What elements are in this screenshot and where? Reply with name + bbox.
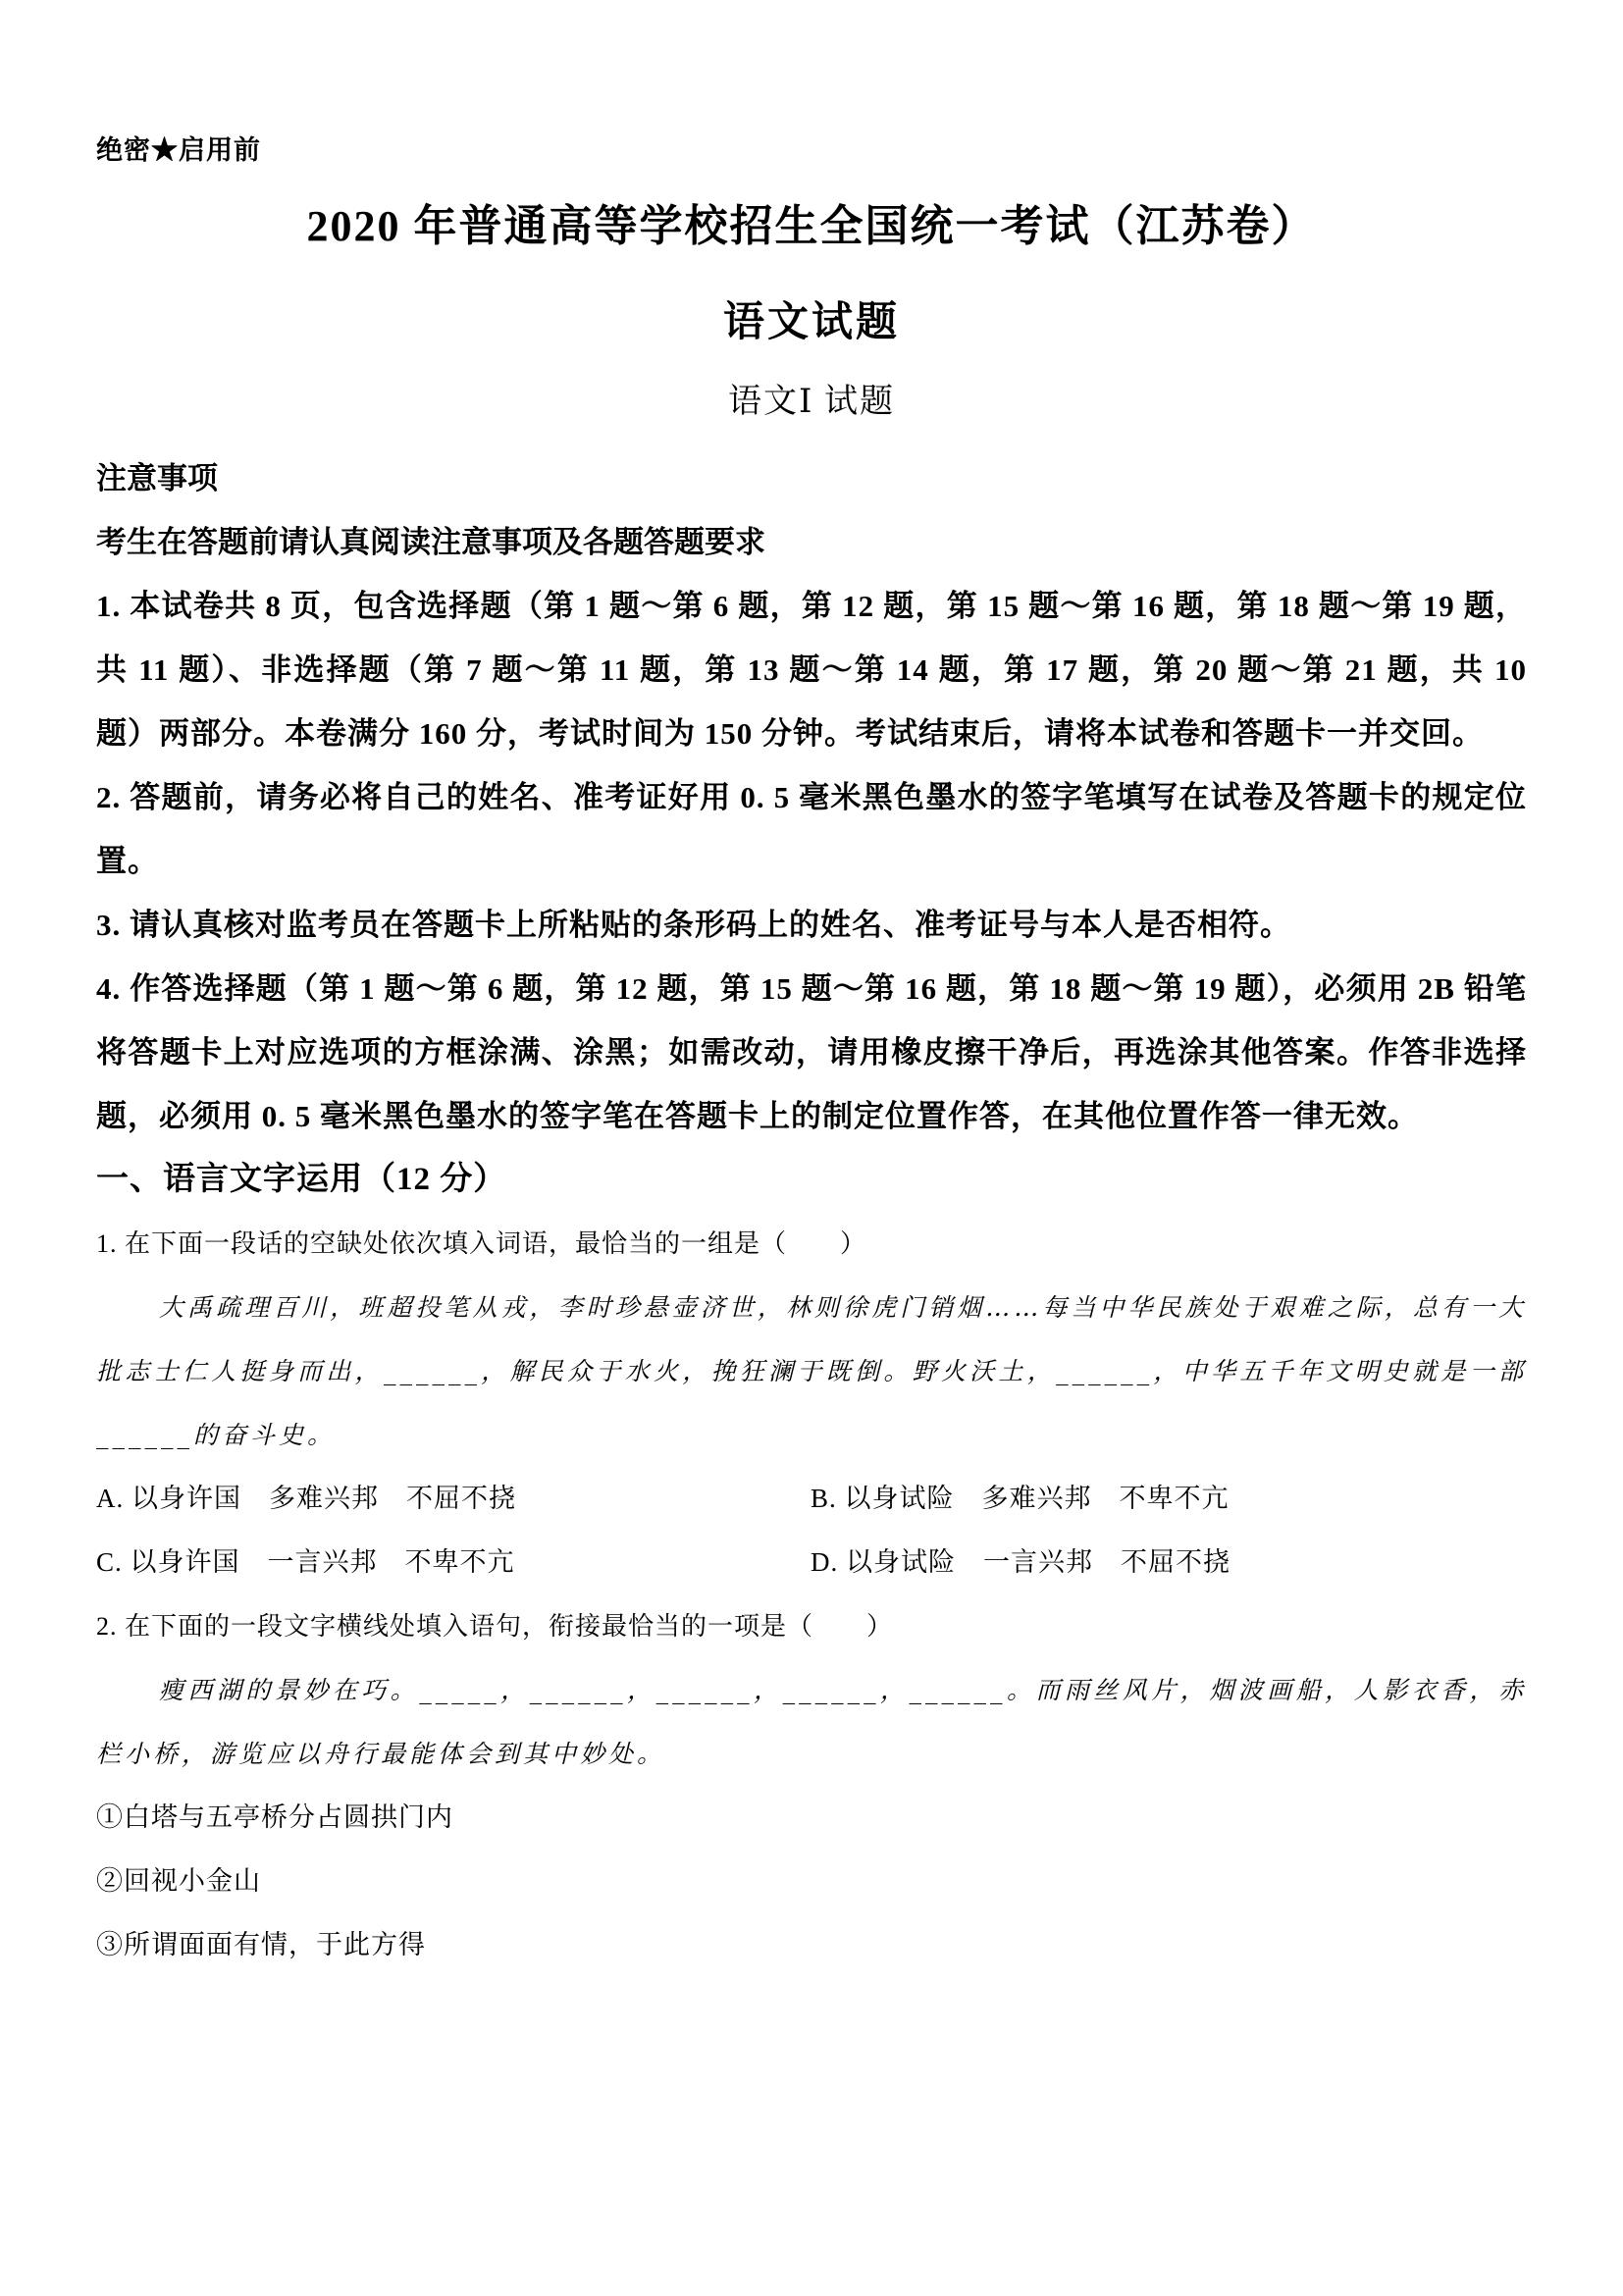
question-2-sentence-3: ③所谓面面有情，于此方得: [96, 1913, 1527, 1977]
question-2-sentence-2: ②回视小金山: [96, 1850, 1527, 1913]
question-1-stem: 1. 在下面一段话的空缺处依次填入词语，最恰当的一组是（ ）: [96, 1212, 1527, 1276]
question-1-options: A. 以身许国 多难兴邦 不屈不挠 B. 以身试险 多难兴邦 不卑不亢 C. 以…: [96, 1467, 1527, 1594]
notice-heading: 注意事项: [96, 446, 1527, 510]
question-2: 2. 在下面的一段文字横线处填入语句，衔接最恰当的一项是（ ） 瘦西湖的景妙在巧…: [96, 1594, 1527, 1977]
question-2-sentence-1: ①白塔与五亭桥分占圆拱门内: [96, 1786, 1527, 1850]
question-2-stem: 2. 在下面的一段文字横线处填入语句，衔接最恰当的一项是（ ）: [96, 1594, 1527, 1658]
page-body: 注意事项 考生在答题前请认真阅读注意事项及各题答题要求 1. 本试卷共 8 页，…: [96, 446, 1527, 1977]
subject-title: 语文试题: [96, 295, 1527, 350]
question-1-option-d: D. 以身试险 一言兴邦 不屈不挠: [811, 1531, 1527, 1594]
notice-item-4: 4. 作答选择题（第 1 题～第 6 题，第 12 题，第 15 题～第 16 …: [96, 957, 1527, 1148]
notice-item-1: 1. 本试卷共 8 页，包含选择题（第 1 题～第 6 题，第 12 题，第 1…: [96, 574, 1527, 765]
classification-banner: 绝密★启用前: [96, 132, 1527, 168]
notice-subheading: 考生在答题前请认真阅读注意事项及各题答题要求: [96, 510, 1527, 574]
notice-item-2: 2. 答题前，请务必将自己的姓名、准考证好用 0. 5 毫米黑色墨水的签字笔填写…: [96, 765, 1527, 893]
notice-item-3: 3. 请认真核对监考员在答题卡上所粘贴的条形码上的姓名、准考证号与本人是否相符。: [96, 893, 1527, 957]
exam-paper-page: 绝密★启用前 2020 年普通高等学校招生全国统一考试（江苏卷） 语文试题 语文…: [0, 0, 1623, 2296]
question-1-passage: 大禹疏理百川，班超投笔从戎，李时珍悬壶济世，林则徐虎门销烟……每当中华民族处于艰…: [96, 1276, 1527, 1467]
question-1-option-c: C. 以身许国 一言兴邦 不卑不亢: [96, 1531, 811, 1594]
question-1-option-a: A. 以身许国 多难兴邦 不屈不挠: [96, 1467, 811, 1531]
question-2-passage: 瘦西湖的景妙在巧。_____，______，______，______，____…: [96, 1658, 1527, 1786]
exam-title: 2020 年普通高等学校招生全国统一考试（江苏卷）: [96, 197, 1527, 256]
paper-label: 语文Ⅰ 试题: [96, 380, 1527, 425]
section-1-heading: 一、语言文字运用（12 分）: [96, 1148, 1527, 1212]
question-1-option-b: B. 以身试险 多难兴邦 不卑不亢: [811, 1467, 1527, 1531]
question-1: 1. 在下面一段话的空缺处依次填入词语，最恰当的一组是（ ） 大禹疏理百川，班超…: [96, 1212, 1527, 1594]
